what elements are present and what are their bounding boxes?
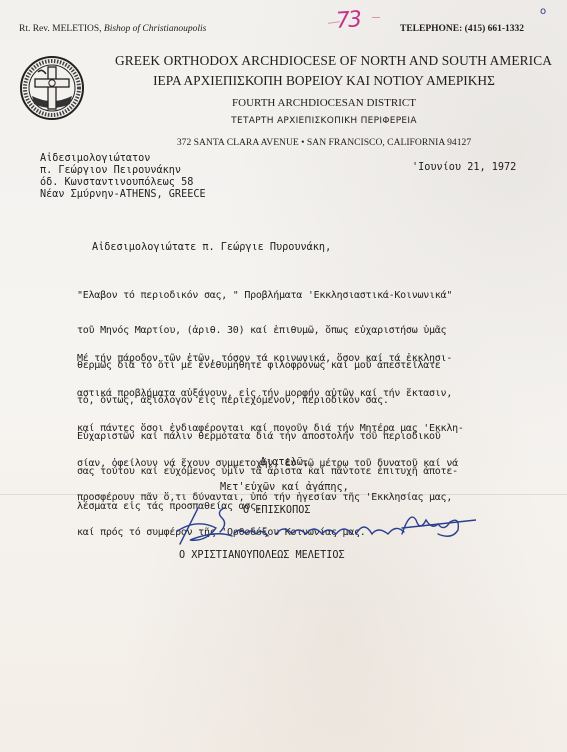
- annotation-dash: [372, 17, 380, 18]
- sender-title: Bishop of Christianoupolis: [104, 24, 206, 34]
- page-number-annotation: 73: [335, 7, 361, 34]
- recipient-line: όδ. Κωνσταντινουπόλεως 58: [40, 177, 206, 189]
- recipient-line: Νέαν Σμύρνην-ATHENS, GREECE: [40, 189, 206, 201]
- sender-line: Rt. Rev. MELETIOS, Bishop of Christianou…: [19, 24, 206, 34]
- body-line: "Ελαβον τό περιοδικόν σας, " Προβλήματα …: [77, 290, 452, 302]
- closing-line: Μετ'εὐχῶν καί ἀγάπης,: [220, 482, 349, 494]
- recipient-line: Αἰδεσιμολογιώτατον: [40, 153, 206, 165]
- district-english: FOURTH ARCHDIOCESAN DISTRICT: [115, 97, 533, 109]
- letterhead-address: 372 SANTA CLARA AVENUE • SAN FRANCISCO, …: [115, 137, 533, 148]
- sender-name: Rt. Rev. MELETIOS,: [19, 24, 104, 34]
- salutation: Αἰδεσιμολογιώτατε π. Γεώργιε Πυρουνάκη,: [92, 242, 331, 254]
- body-line: Μέ τήν πάροδον τῶν ἐτῶν, τόσον τά κοινων…: [77, 353, 464, 365]
- body-line: Εὐχαριστῶν καί πάλιν θερμότατα διά τήν ἀ…: [77, 431, 458, 443]
- archdiocese-seal-icon: [18, 48, 86, 128]
- organization-name-english: GREEK ORTHODOX ARCHDIOCESE OF NORTH AND …: [115, 53, 533, 69]
- closing-line: Διατελῶ,: [260, 457, 309, 469]
- recipient-address: Αἰδεσιμολογιώτατον π. Γεώργιον Πειρουνάκ…: [40, 153, 206, 201]
- signer-name: Ο ΧΡΙΣΤΙΑΝΟΥΠΟΛΕΩΣ ΜΕΛΕΤΙΟΣ: [179, 550, 345, 562]
- body-line: αστικά προβλήματα αὐξάνουν, εἰς τήν μορφ…: [77, 388, 464, 400]
- district-greek: ΤΕΤΑΡΤΗ ΑΡΧΙΕΠΙΣΚΟΠΙΚΗ ΠΕΡΙΦΕΡΕΙΑ: [115, 116, 533, 126]
- recipient-line: π. Γεώργιον Πειρουνάκην: [40, 165, 206, 177]
- letter-date: 'Ιουνίου 21, 1972: [412, 162, 516, 174]
- telephone: TELEPHONE: (415) 661-1332: [400, 24, 524, 34]
- ink-mark: o: [540, 6, 546, 17]
- organization-name-greek: ΙΕΡΑ ΑΡΧΙΕΠΙΣΚΟΠΗ ΒΟΡΕΙΟΥ ΚΑΙ ΝΟΤΙΟΥ ΑΜΕ…: [115, 73, 533, 89]
